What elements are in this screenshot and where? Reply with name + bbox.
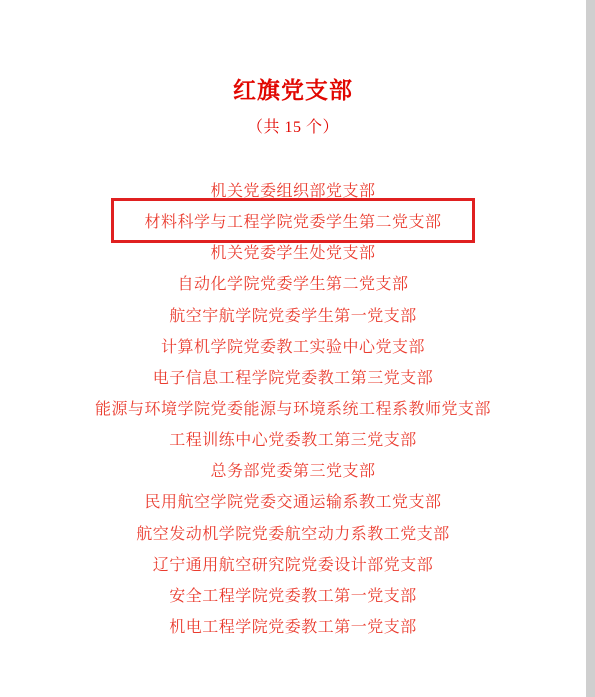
list-item: 工程训练中心党委教工第三党支部 — [0, 423, 586, 454]
list-item: 航空发动机学院党委航空动力系教工党支部 — [0, 517, 586, 548]
branch-list: 机关党委组织部党支部材料科学与工程学院党委学生第二党支部机关党委学生处党支部自动… — [0, 174, 586, 641]
document-page: 红旗党支部 （共 15 个） 机关党委组织部党支部材料科学与工程学院党委学生第二… — [0, 0, 586, 697]
branch-text: 机电工程学院党委教工第一党支部 — [169, 614, 417, 637]
list-item: 机关党委学生处党支部 — [0, 236, 586, 267]
page-edge — [586, 0, 595, 697]
branch-text: 民用航空学院党委交通运输系教工党支部 — [144, 489, 441, 512]
list-item: 辽宁通用航空研究院党委设计部党支部 — [0, 548, 586, 579]
branch-text: 总务部党委第三党支部 — [210, 458, 375, 481]
branch-text: 工程训练中心党委教工第三党支部 — [169, 427, 417, 450]
list-item: 总务部党委第三党支部 — [0, 454, 586, 485]
list-item: 材料科学与工程学院党委学生第二党支部 — [0, 205, 586, 236]
list-item: 安全工程学院党委教工第一党支部 — [0, 579, 586, 610]
page-title: 红旗党支部 — [0, 72, 586, 105]
list-item: 能源与环境学院党委能源与环境系统工程系教师党支部 — [0, 392, 586, 423]
page-subtitle: （共 15 个） — [0, 114, 586, 137]
branch-text: 机关党委学生处党支部 — [210, 240, 375, 263]
highlighted-branch-text: 材料科学与工程学院党委学生第二党支部 — [111, 198, 474, 243]
list-item: 计算机学院党委教工实验中心党支部 — [0, 330, 586, 361]
list-item: 机电工程学院党委教工第一党支部 — [0, 610, 586, 641]
branch-text: 自动化学院党委学生第二党支部 — [177, 271, 408, 294]
branch-text: 辽宁通用航空研究院党委设计部党支部 — [153, 552, 434, 575]
branch-text: 航空宇航学院党委学生第一党支部 — [169, 303, 417, 326]
list-item: 民用航空学院党委交通运输系教工党支部 — [0, 485, 586, 516]
list-item: 航空宇航学院党委学生第一党支部 — [0, 299, 586, 330]
list-item: 自动化学院党委学生第二党支部 — [0, 267, 586, 298]
branch-text: 安全工程学院党委教工第一党支部 — [169, 583, 417, 606]
branch-text: 航空发动机学院党委航空动力系教工党支部 — [136, 521, 450, 544]
branch-text: 计算机学院党委教工实验中心党支部 — [161, 334, 425, 357]
branch-text: 电子信息工程学院党委教工第三党支部 — [153, 365, 434, 388]
branch-text: 能源与环境学院党委能源与环境系统工程系教师党支部 — [95, 396, 491, 419]
list-item: 电子信息工程学院党委教工第三党支部 — [0, 361, 586, 392]
